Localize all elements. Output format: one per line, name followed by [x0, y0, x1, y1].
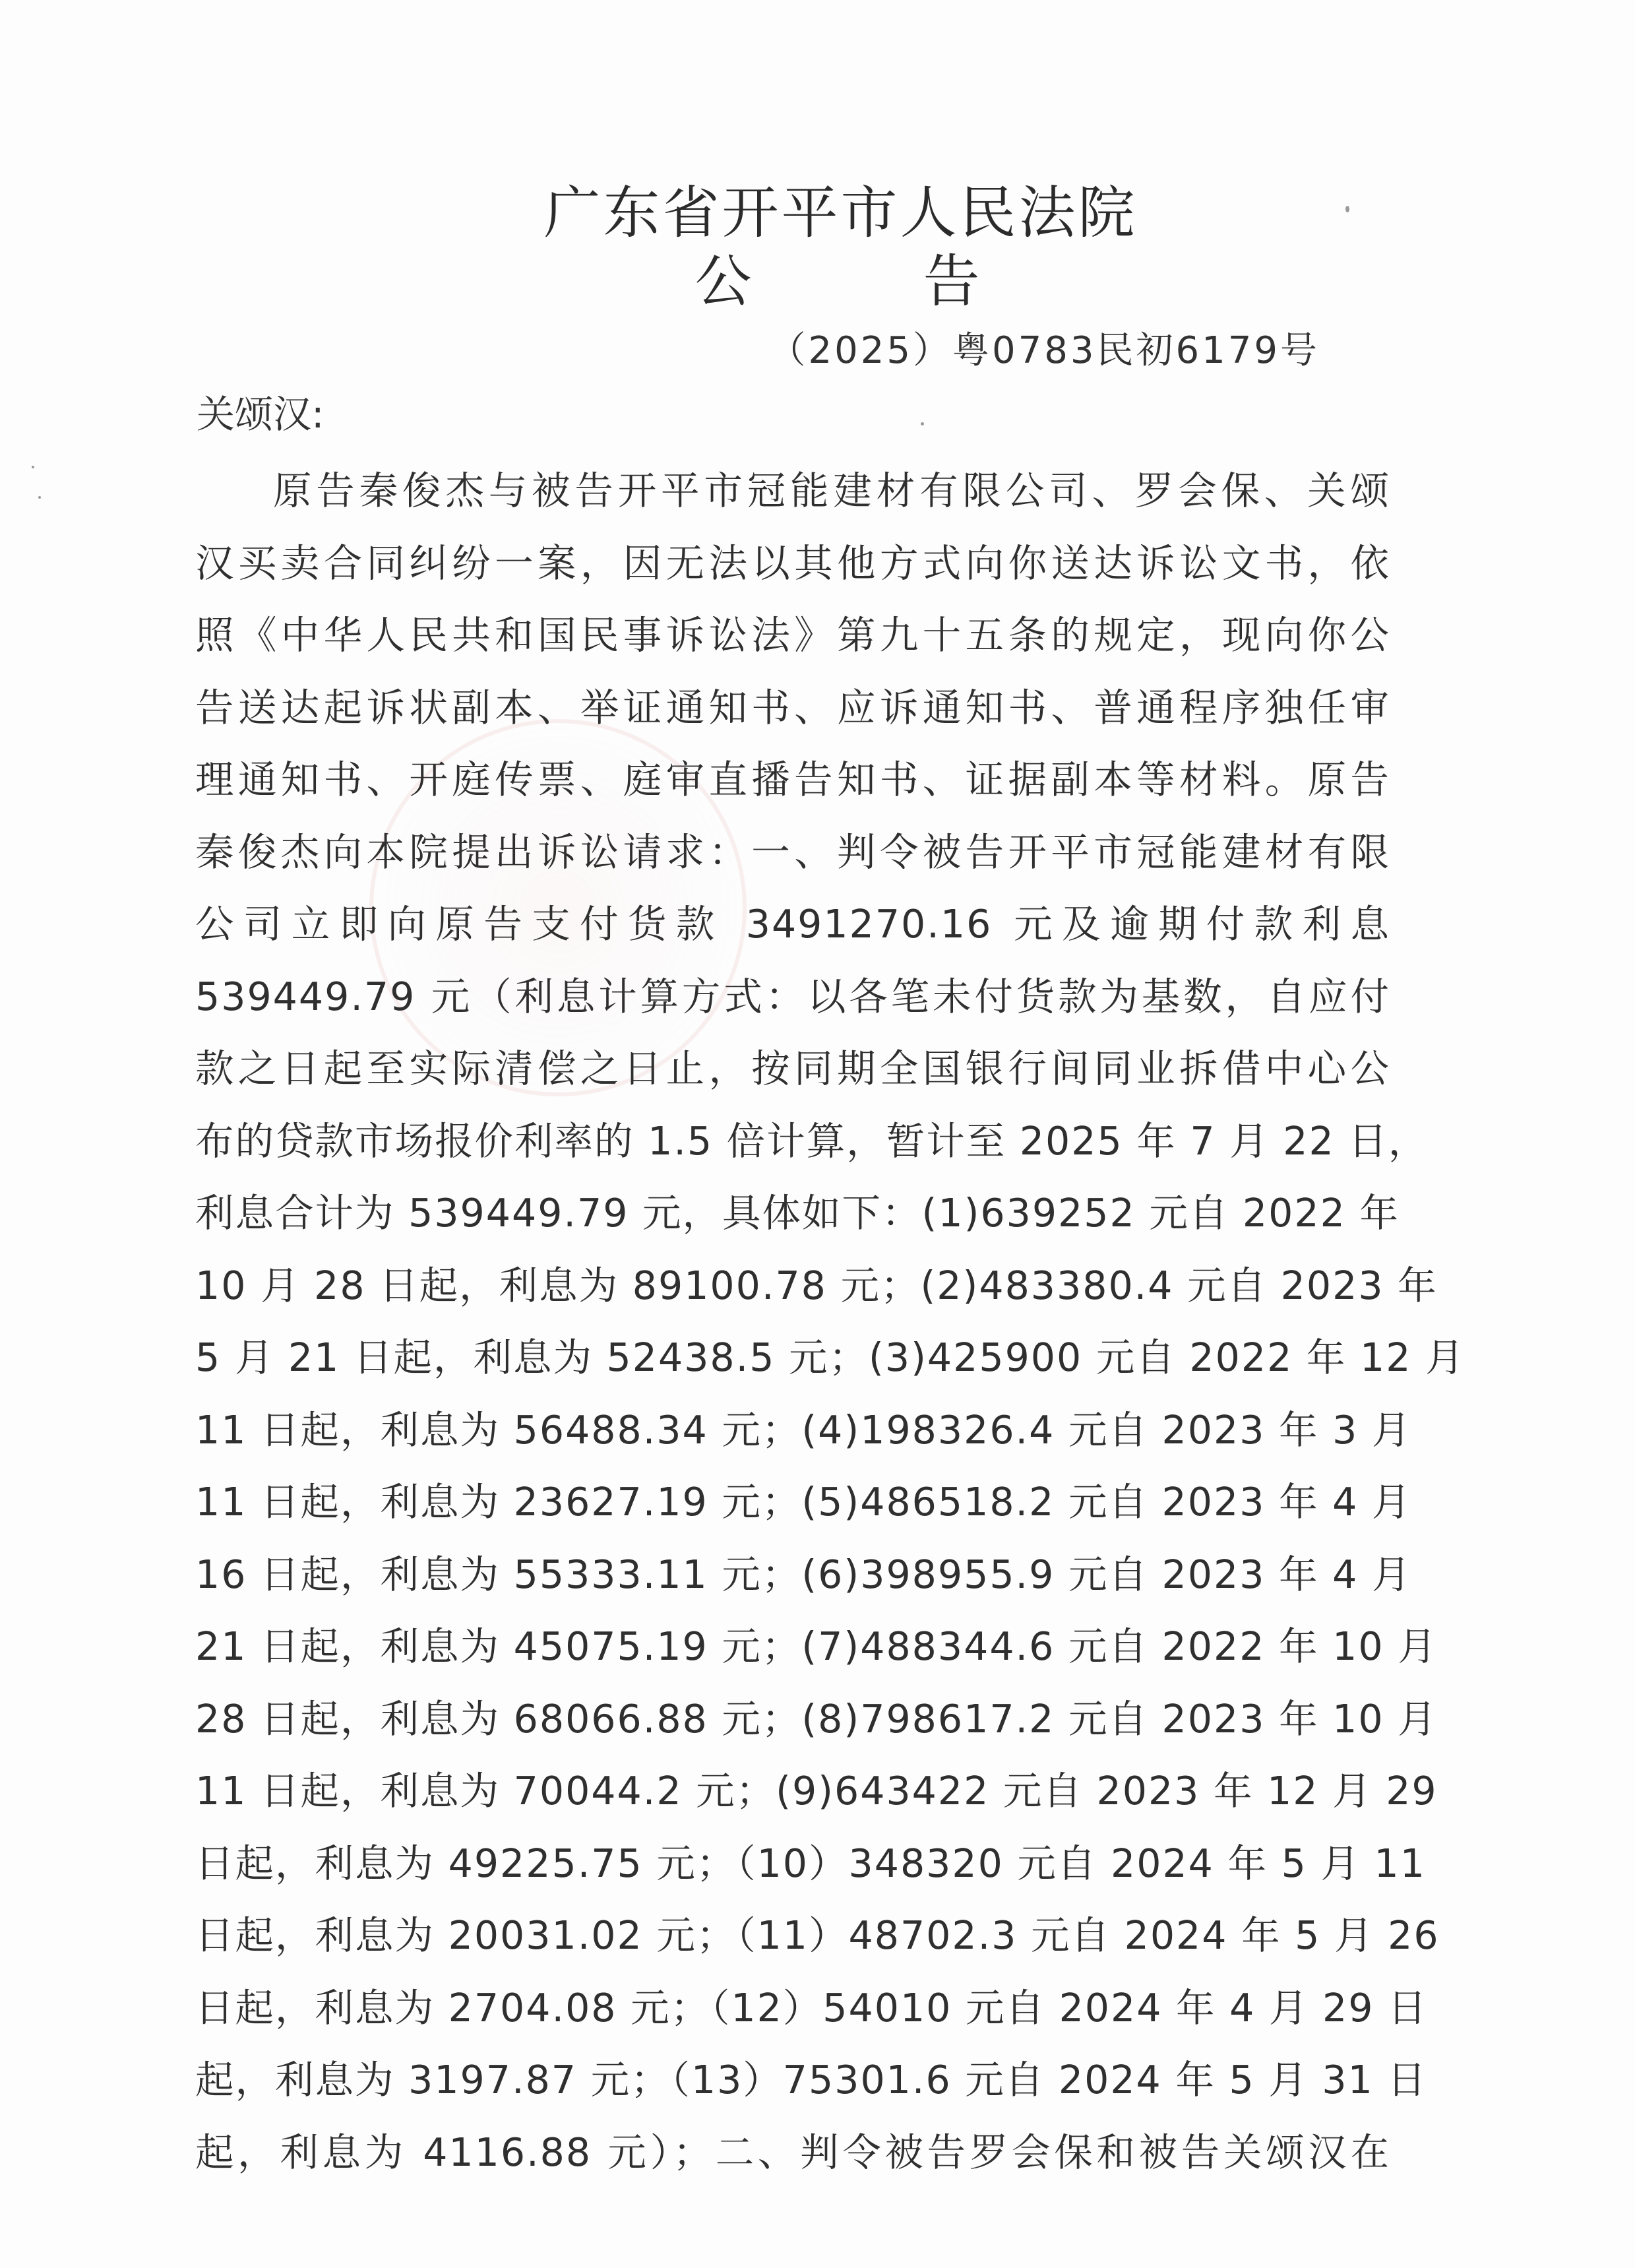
court-name-heading: 广东省开平市人民法院 [0, 177, 1635, 249]
body-line: 5 月 21 日起，利息为 52438.5 元；(3)425900 元自 202… [195, 1322, 1390, 1395]
scan-speck [32, 466, 34, 468]
notice-body: 原告秦俊杰与被告开平市冠能建材有限公司、罗会保、关颂 汉买卖合同纠纷一案，因无法… [195, 455, 1390, 2189]
notice-title: 公告 [0, 245, 1635, 318]
body-line: 原告秦俊杰与被告开平市冠能建材有限公司、罗会保、关颂 [195, 455, 1390, 528]
body-line: 起，利息为 3197.87 元；（13）75301.6 元自 2024 年 5 … [195, 2044, 1390, 2117]
body-line: 秦俊杰向本院提出诉讼请求：一、判令被告开平市冠能建材有限 [195, 817, 1390, 889]
body-line: 日起，利息为 2704.08 元；（12）54010 元自 2024 年 4 月… [195, 1972, 1390, 2045]
body-line: 16 日起，利息为 55333.11 元；(6)398955.9 元自 2023… [195, 1539, 1390, 1612]
body-line: 款之日起至实际清偿之日止，按同期全国银行间同业拆借中心公 [195, 1033, 1390, 1106]
body-line: 告送达起诉状副本、举证通知书、应诉通知书、普通程序独任审 [195, 672, 1390, 745]
body-line: 11 日起，利息为 56488.34 元；(4)198326.4 元自 2023… [195, 1395, 1390, 1467]
body-line: 公司立即向原告支付货款 3491270.16 元及逾期付款利息 [195, 889, 1390, 961]
scan-speck [38, 496, 41, 499]
body-line: 11 日起，利息为 23627.19 元；(5)486518.2 元自 2023… [195, 1466, 1390, 1539]
body-line: 11 日起，利息为 70044.2 元；(9)643422 元自 2023 年 … [195, 1755, 1390, 1828]
scan-speck [921, 422, 924, 425]
body-line: 日起，利息为 20031.02 元；（11）48702.3 元自 2024 年 … [195, 1900, 1390, 1972]
body-line: 10 月 28 日起，利息为 89100.78 元；(2)483380.4 元自… [195, 1250, 1390, 1323]
body-line: 汉买卖合同纠纷一案，因无法以其他方式向你送达诉讼文书，依 [195, 528, 1390, 600]
body-line: 照《中华人民共和国民事诉讼法》第九十五条的规定，现向你公 [195, 600, 1390, 672]
body-line: 日起，利息为 49225.75 元；（10）348320 元自 2024 年 5… [195, 1828, 1390, 1901]
body-line: 利息合计为 539449.79 元，具体如下：(1)639252 元自 2022… [195, 1178, 1390, 1250]
case-number: （2025）粤0783民初6179号 [768, 325, 1320, 377]
body-line: 28 日起，利息为 68066.88 元；(8)798617.2 元自 2023… [195, 1684, 1390, 1756]
body-line: 起，利息为 4116.88 元）；二、判令被告罗会保和被告关颂汉在 [195, 2117, 1390, 2189]
body-line: 理通知书、开庭传票、庭审直播告知书、证据副本等材料。原告 [195, 744, 1390, 817]
body-line: 539449.79 元（利息计算方式：以各笔未付货款为基数，自应付 [195, 961, 1390, 1034]
body-line: 21 日起，利息为 45075.19 元；(7)488344.6 元自 2022… [195, 1611, 1390, 1684]
scanned-court-notice-page: 广东省开平市人民法院 公告 （2025）粤0783民初6179号 关颂汉: 原告… [0, 0, 1635, 2268]
scan-speck [1345, 206, 1349, 212]
body-line: 布的贷款市场报价利率的 1.5 倍计算，暂计至 2025 年 7 月 22 日， [195, 1106, 1390, 1178]
addressee-name: 关颂汉: [197, 388, 324, 441]
